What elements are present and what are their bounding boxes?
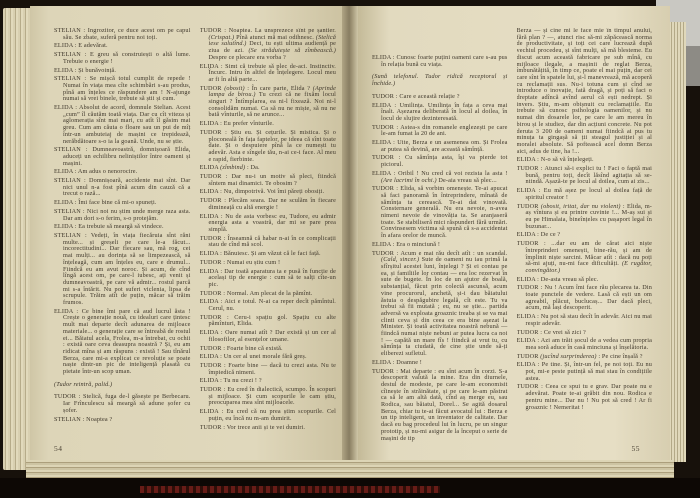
dialogue-paragraph: ELIDA : Absolut de acord, domnule Stelia… [54, 105, 191, 145]
dialogue-paragraph: TUDOR : Știu eu. Și cețurile. Și mistica… [200, 130, 337, 164]
book-photo: STELIAN : Îngrozitor, ce duce acest om p… [0, 0, 700, 498]
dialogue-paragraph: ELIDA : N-o să vă înțelegeți. [517, 157, 653, 164]
dialogue-paragraph: TUDOR : Astea-s din romanele englezești … [372, 125, 508, 138]
page-number-54: 54 [54, 444, 63, 453]
dialogue-paragraph: TUDOR (jucînd surprinderea) : Pe cine în… [517, 354, 653, 361]
page55-column-1: ELIDA : Cunosc foarte puțini oameni care… [372, 28, 508, 456]
dialogue-paragraph: STELIAN : Îngrozitor, ce duce acest om p… [54, 28, 191, 41]
dialogue-paragraph: TUDOR : Înseamnă că habar n-ai în ce com… [200, 236, 337, 249]
left-page: STELIAN : Îngrozitor, ce duce acest om p… [30, 6, 342, 460]
dialogue-paragraph: TUDOR : Ce vrei să zici ? [517, 330, 653, 337]
open-book: STELIAN : Îngrozitor, ce duce acest om p… [30, 6, 670, 460]
dialogue-paragraph: STELIAN : Nici noi nu știm unde merge ra… [54, 209, 191, 222]
book-cover-edge [0, 478, 700, 498]
dialogue-paragraph: STELIAN : Dumneavoastră, domnișoară Elid… [54, 147, 191, 167]
dialogue-paragraph: ELIDA : Uite, Berza e un asemenea om. Și… [372, 140, 508, 153]
page-number-55: 55 [632, 444, 641, 453]
right-page: ELIDA : Cunosc foarte puțini oameni care… [358, 6, 670, 460]
cover-red-pattern [140, 486, 440, 493]
dialogue-paragraph: ELIDA : Nu pot să stau decît în adevăr. … [517, 314, 653, 327]
dialogue-paragraph: TUDOR : Noaptea. La unsprezece sînt pe ș… [200, 28, 337, 62]
dialogue-paragraph: ELIDA : Oribil ! Nu cred că voi rezista … [372, 171, 508, 184]
dialogue-paragraph: ELIDA : Eu mă așez pe locul al doilea fa… [517, 188, 653, 201]
dialogue-paragraph: ELIDA : Tu nu crezi ! ? [200, 378, 337, 385]
dialogue-paragraph: TUDOR : Care e această relație ? [372, 94, 508, 101]
dialogue-paragraph: ELIDA : Nu de asta vorbesc eu, Tudore, e… [200, 214, 337, 234]
dialogue-paragraph: ELIDA (zîmbind) : Da. [200, 165, 337, 172]
photo-background-edge [686, 46, 700, 86]
book-gutter-shadow [342, 6, 358, 460]
dialogue-paragraph: TUDOR : Nu ! Acum îmi face rău plecarea … [517, 285, 653, 312]
dialogue-paragraph: TUDOR : Ceea ce spui tu e grav. Dar poat… [517, 384, 653, 411]
dialogue-paragraph: ELIDA : Eu cred că nu prea știm scopuril… [200, 409, 337, 422]
dialogue-paragraph: TUDOR (obosit) : În care parte, Elida ? … [200, 86, 337, 120]
left-page-columns: STELIAN : Îngrozitor, ce duce acest om p… [30, 6, 342, 456]
dialogue-paragraph: TUDOR : Atunci să-i explici tu ! Faci o … [517, 166, 653, 186]
dialogue-paragraph: TUDOR : Vor trece anii și te vei dumiri. [200, 425, 337, 432]
dialogue-paragraph: ELIDA : Era o minciună ! [372, 242, 508, 249]
dialogue-paragraph: TUDOR : Dar nu-i un motiv să pleci, fiin… [200, 174, 337, 187]
dialogue-paragraph: TUDOR : Foarte bine — dacă tu crezi asta… [200, 363, 337, 376]
page55-column-2: Berza — și cine mi le face mie în timpul… [517, 28, 653, 456]
dialogue-paragraph: STELIAN : Vedeți, în viața fiecăruia sîn… [54, 233, 191, 307]
dialogue-paragraph: ELIDA : Ea trebuie să meargă să vindece. [54, 224, 191, 231]
dialogue-paragraph: Berza — și cine mi le face mie în timpul… [517, 28, 653, 155]
dialogue-paragraph: ELIDA : Pe tine. Și, într-un fel, pe noi… [517, 362, 653, 382]
dialogue-paragraph: ELIDA : Azi am trăit șocul de a vedea cu… [517, 338, 653, 351]
dialogue-paragraph: ELIDA : Simt că trebuie să plec de-aci. … [200, 64, 337, 84]
dialogue-paragraph: ELIDA : Ce bine îmi pare că aud lucrul ă… [54, 309, 191, 376]
right-page-columns: ELIDA : Cunosc foarte puțini oameni care… [358, 6, 670, 456]
dialogue-paragraph: ELIDA : Dar toată aparatura ta e pusă în… [200, 269, 337, 289]
dialogue-paragraph: ELIDA : Cunosc foarte puțini oameni care… [372, 55, 508, 68]
dialogue-paragraph: STELIAN : E greu să construiești o altă … [54, 52, 191, 65]
dialogue-paragraph: STELIAN : Se mișcă totul cumplit de repe… [54, 76, 191, 103]
dialogue-paragraph: ELIDA : De-asta vreau să plec. [517, 277, 653, 284]
dialogue-paragraph: ELIDA : E adevărat. [54, 43, 191, 50]
stage-direction: (Sună telefonul. Tudor ridică receptorul… [372, 74, 508, 87]
dialogue-paragraph: STELIAN : Domnișoară, accidente mai sînt… [54, 178, 191, 198]
dialogue-paragraph: TUDOR : ...dar eu am de cărat aici niște… [517, 241, 653, 275]
dialogue-paragraph: TUDOR (obosit, iritat, dar nu violent) :… [517, 204, 653, 231]
dialogue-paragraph: TUDOR : Acum e mai rău decît atît : un s… [372, 251, 508, 358]
page54-column-2: TUDOR : Noaptea. La unsprezece sînt pe ș… [200, 28, 337, 456]
stage-direction: (Tudor reintră, palid.) [54, 382, 191, 389]
dialogue-paragraph: TUDOR : Mai departe : eu sînt acum în co… [372, 369, 508, 443]
page-stack-left-edge [3, 8, 30, 470]
dialogue-paragraph: ELIDA : Nu, dimpotrivă. Voi îmi păreți o… [200, 189, 337, 196]
dialogue-paragraph: ELIDA : Îmi face bine că mi-o spuneți. [54, 200, 191, 207]
dialogue-paragraph: ELIDA : Aici e totul. N-ai ca reper decî… [200, 299, 337, 312]
dialogue-paragraph: STELIAN : Noaptea ? [54, 417, 191, 424]
dialogue-paragraph: ELIDA : Eu prefer vînturile. [200, 121, 337, 128]
dialogue-paragraph: TUDOR : Foarte bine că există. [200, 346, 337, 353]
dialogue-paragraph: TUDOR : Elida, să vorbim omenește. Te-ai… [372, 186, 508, 240]
dialogue-paragraph: ELIDA : De ce ? [517, 232, 653, 239]
dialogue-paragraph: ELIDA : Bănuiesc. Și am văzut că le faci… [200, 251, 337, 258]
dialogue-paragraph: ELIDA : Am adus o nenorocire. [54, 169, 191, 176]
dialogue-paragraph: ELIDA : Oare numai atît ? Dar există și … [200, 330, 337, 343]
dialogue-paragraph: TUDOR : Normal. Am plecat de la pămînt. [200, 291, 337, 298]
dialogue-paragraph: TUDOR : Numai eu știu cum ! [200, 260, 337, 267]
dialogue-paragraph: ELIDA : Și bunăvoință. [54, 68, 191, 75]
dialogue-paragraph: TUDOR : Plecăm seara. Dar ne sculăm în f… [200, 198, 337, 211]
dialogue-paragraph: ELIDA : Umilința. Umilința în fața a cev… [372, 103, 508, 123]
dialogue-paragraph: ELIDA : Doamne ! [372, 360, 508, 367]
page-stack-bottom-edge [26, 460, 674, 478]
dialogue-paragraph: TUDOR : Ceru-i spațiu gol. Spațiu cu alt… [200, 315, 337, 328]
page54-column-1: STELIAN : Îngrozitor, ce duce acest om p… [54, 28, 191, 456]
dialogue-paragraph: TUDOR : Cu sămînța asta, își va pierde t… [372, 155, 508, 168]
dialogue-paragraph: ELIDA : Un cer al unei morale fără greș. [200, 354, 337, 361]
dialogue-paragraph: TUDOR : Eu cred în dialectică, scumpo. Î… [200, 387, 337, 407]
dialogue-paragraph: TUDOR : Stelică, fuga de-l găsește pe Be… [54, 394, 191, 414]
